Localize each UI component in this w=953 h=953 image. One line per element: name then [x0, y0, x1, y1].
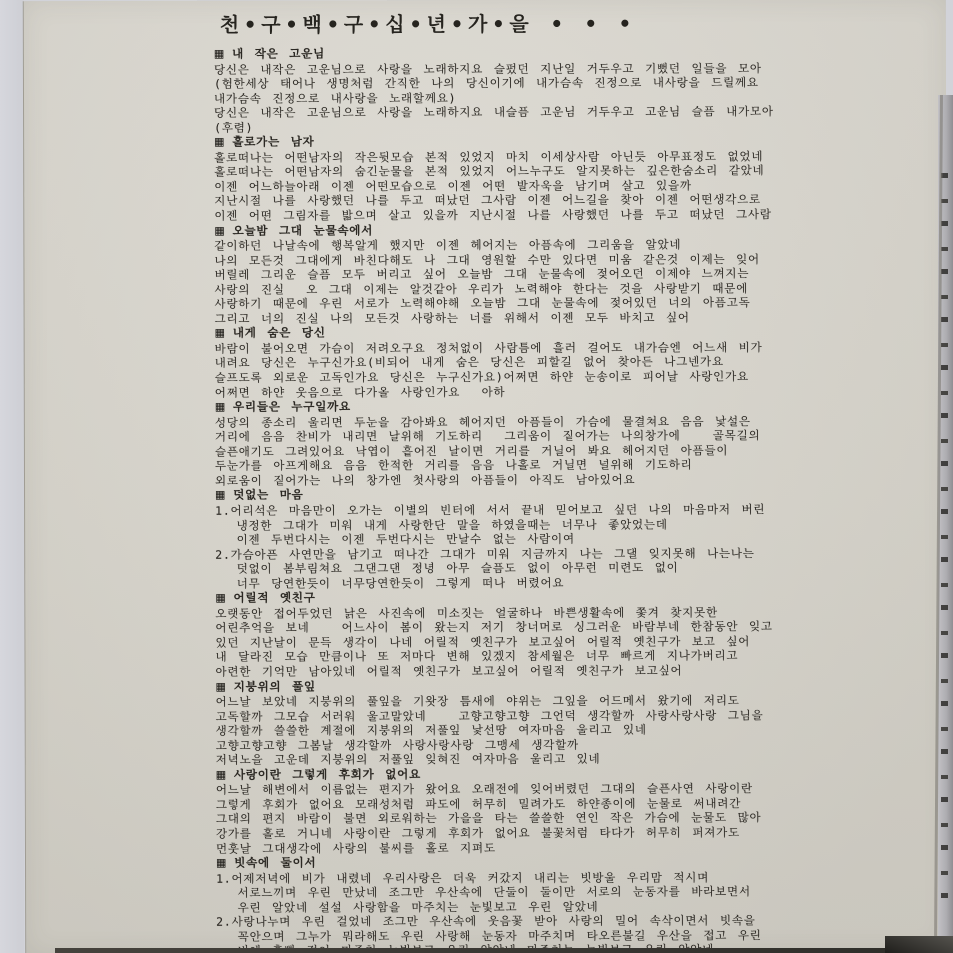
bottom-right-shadow [885, 936, 953, 953]
song-section-header: ▦빗속에 둘이서 [216, 854, 936, 871]
song-section-header: ▦내게 숨은 당신 [215, 324, 935, 341]
song-section-header: ▦사랑이란 그렇게 후회가 없어요 [216, 766, 936, 783]
song-section: ▦홀로가는 남자홀로떠나는 어떤남자의 작은뒷모습 본적 있었지 마치 이세상사… [214, 133, 934, 223]
song-section: ▦빗속에 둘이서1.어제저녁에 비가 내렸네 우리사랑은 더욱 커갔지 내리는 … [216, 854, 936, 953]
section-marker-icon: ▦ [216, 680, 227, 695]
song-title: 내게 숨은 당신 [233, 326, 326, 340]
song-title: 덧없는 마음 [233, 488, 303, 502]
song-title: 홀로가는 남자 [232, 135, 314, 149]
song-title: 어릴적 옛친구 [234, 591, 316, 605]
song-section: ▦덧없는 마음1.어리석은 마음만이 오가는 이별의 빈터에 서서 끝내 믿어보… [215, 486, 935, 591]
background-left-edge [0, 0, 24, 953]
song-section-header: ▦덧없는 마음 [215, 486, 935, 503]
song-title: 내 작은 고운님 [232, 46, 325, 60]
section-marker-icon: ▦ [215, 489, 226, 504]
song-section-header: ▦지붕위의 풀잎 [216, 677, 936, 694]
neighbor-page-clipped-text [941, 155, 948, 905]
song-section: ▦우리들은 누구일까요성당의 종소리 울리면 두눈을 감아봐요 헤어지던 아픔들… [215, 398, 935, 488]
section-marker-icon: ▦ [214, 47, 225, 62]
section-marker-icon: ▦ [215, 327, 226, 342]
song-section: ▦어릴적 옛친구오랫동안 접어두었던 낡은 사진속에 미소짓는 얼굴하나 바쁜생… [215, 589, 935, 679]
lyric-sheet-paper: 천•구•백•구•십•년•가•을 • • • ▦내 작은 고운님당신은 내작은 고… [23, 0, 948, 953]
song-section: ▦내게 숨은 당신바람이 불어오면 가슴이 저려오구요 정처없이 사람틈에 흘러… [215, 324, 935, 400]
song-title: 사랑이란 그렇게 후회가 없어요 [234, 767, 421, 781]
song-title: 지붕위의 풀잎 [234, 679, 316, 693]
song-title: 오늘밤 그대 눈물속에서 [233, 223, 374, 237]
song-section: ▦내 작은 고운님당신은 내작은 고운님으로 사랑을 노래하지요 슬펐던 지난일… [214, 45, 934, 135]
page-title: 천•구•백•구•십•년•가•을 • • • [220, 8, 636, 38]
song-title: 우리들은 누구일까요 [233, 399, 351, 413]
section-marker-icon: ▦ [216, 768, 227, 783]
lyrics-block: ▦내 작은 고운님당신은 내작은 고운님으로 사랑을 노래하지요 슬펐던 지난일… [214, 45, 936, 953]
song-title: 빗속에 둘이서 [234, 856, 316, 870]
section-marker-icon: ▦ [214, 224, 225, 239]
song-section-header: ▦우리들은 누구일까요 [215, 398, 935, 415]
song-section: ▦오늘밤 그대 눈물속에서같이하던 나날속에 행복알게 했지만 이젠 헤어지는 … [214, 221, 934, 326]
section-marker-icon: ▦ [216, 856, 227, 871]
section-marker-icon: ▦ [215, 591, 226, 606]
section-marker-icon: ▦ [214, 135, 225, 150]
bottom-edge-shadow [55, 948, 953, 953]
song-section-header: ▦오늘밤 그대 눈물속에서 [214, 221, 934, 238]
song-section: ▦사랑이란 그렇게 후회가 없어요어느날 해변에서 이름없는 편지가 왔어요 오… [216, 766, 936, 856]
song-section-header: ▦어릴적 옛친구 [215, 589, 935, 606]
song-section-header: ▦내 작은 고운님 [214, 45, 934, 62]
song-section: ▦지붕위의 풀잎어느날 보았네 지붕위의 풀잎을 기왓장 틈새에 야위는 그잎을… [216, 677, 936, 767]
section-marker-icon: ▦ [215, 400, 226, 415]
song-section-header: ▦홀로가는 남자 [214, 133, 934, 150]
